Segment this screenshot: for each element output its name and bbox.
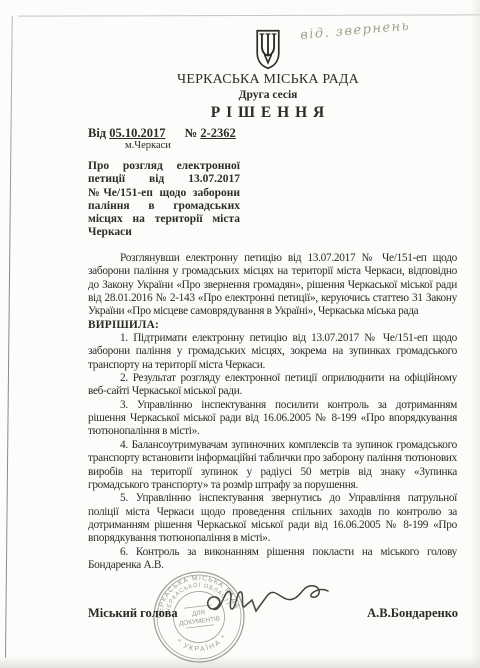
document-header: ЧЕРКАСЬКА МІСЬКА РАДА Друга сесія Р І Ш … — [56, 28, 480, 122]
doc-type-title: Р І Ш Е Н Н Я — [56, 104, 480, 122]
from-label: Від — [88, 126, 106, 140]
signatory-name: А.В.Бондаренко — [367, 606, 458, 621]
scan-edge-left — [5, 16, 13, 658]
decision-item: 3. Управлінню інспектування посилити кон… — [88, 399, 457, 439]
org-title: ЧЕРКАСЬКА МІСЬКА РАДА — [56, 72, 480, 88]
date-value: 05.10.2017 — [109, 126, 165, 140]
scan-edge-top — [18, 14, 480, 16]
resolved-label: ВИРІШИЛА: — [88, 319, 457, 332]
subject-line: №Че/151-еп щодо заборони — [88, 187, 240, 200]
number-sign: № — [185, 126, 198, 140]
signature-scribble — [198, 578, 343, 628]
decision-item: 6. Контроль за виконанням рішення поклас… — [88, 546, 457, 573]
decision-item: 2. Результат розгляду електронної петиці… — [88, 372, 457, 399]
subject-line: місцях на території міста — [88, 213, 240, 226]
subject-line: Черкаси — [88, 226, 240, 239]
decision-item: 5. Управлінню інспектування звернутись д… — [88, 492, 457, 545]
subject-line: Про розгляд електронної — [88, 160, 240, 173]
decision-item: 4. Балансоутримувачам зупиночних комплек… — [88, 439, 457, 492]
subject-block: Про розгляд електронної петиції від 13.0… — [88, 160, 240, 240]
city-label: м.Черкаси — [125, 140, 171, 151]
document-body: Розглянувши електронну петицію від 13.07… — [88, 252, 457, 572]
number-value: 2-2362 — [200, 126, 235, 140]
scanned-document-page: від. звернень ЧЕРКАСЬКА МІСЬКА РАДА Друг… — [0, 0, 480, 668]
session-subtitle: Друга сесія — [56, 89, 480, 102]
intro-paragraph: Розглянувши електронну петицію від 13.07… — [88, 252, 457, 319]
trident-emblem-icon — [253, 28, 283, 70]
decision-item: 1. Підтримати електронну петицію від 13.… — [88, 332, 457, 372]
subject-line: петиції від 13.07.2017 — [88, 173, 240, 186]
reference-line: Від 05.10.2017 № 2-2362 — [88, 126, 236, 141]
subject-line: паління в громадських — [88, 200, 240, 213]
